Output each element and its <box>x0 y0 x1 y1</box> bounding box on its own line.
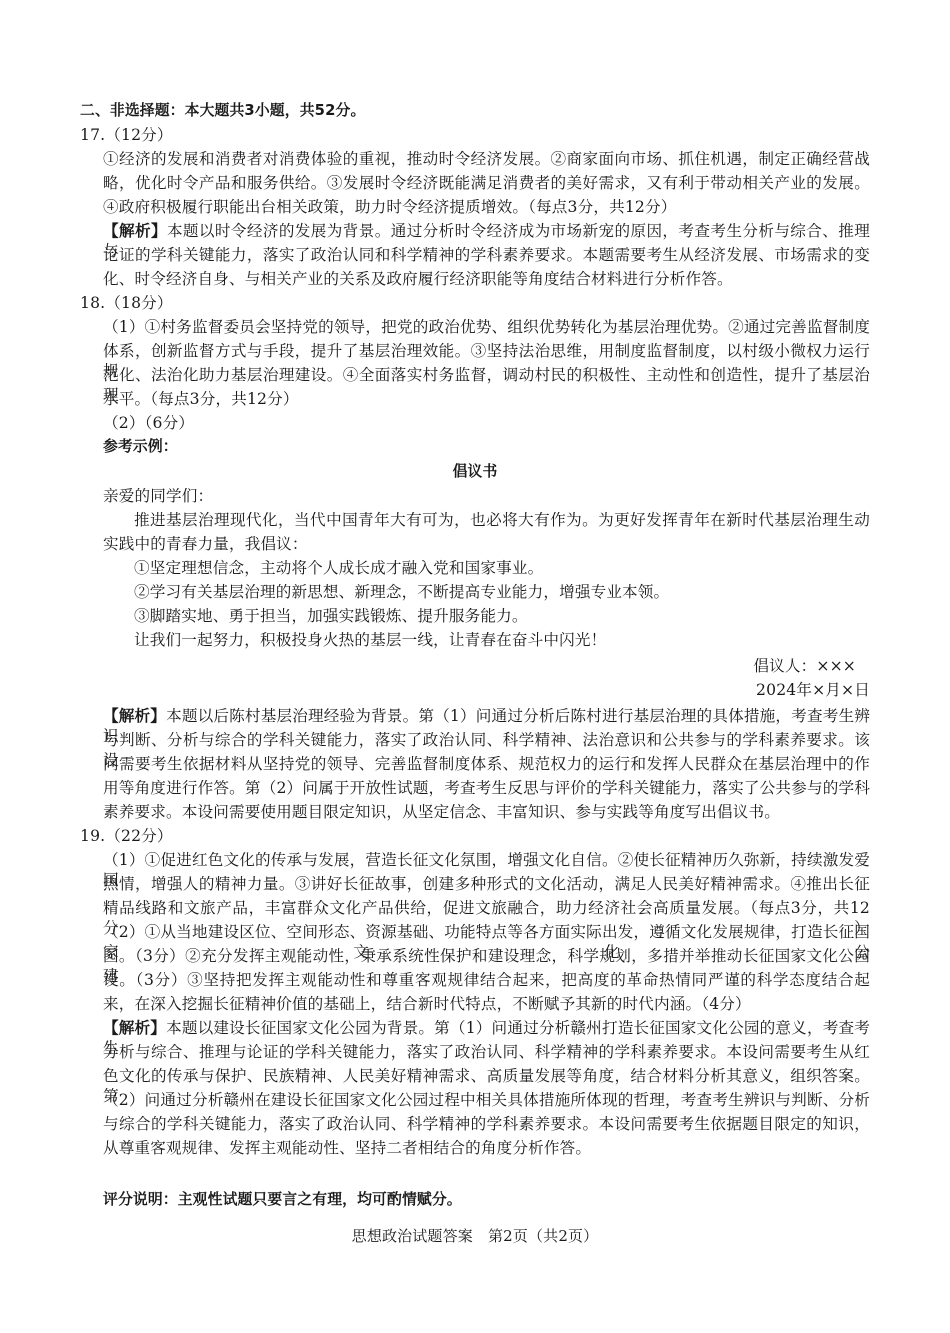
q19-analysis-line: 分析与综合、推理与论证的学科关键能力，落实了政治认同、科学精神的学科素养要求。本… <box>103 1042 870 1062</box>
q19-part2-line: 来，在深入挖掘长征精神价值的基础上，结合新时代特点，不断赋予其新的时代内涵。（4… <box>103 994 751 1014</box>
page-footer: 思想政治试题答案 第2页（共2页） <box>0 1226 950 1246</box>
analysis-label: 【解析】 <box>103 707 166 725</box>
q19-part1-line: 热情，增强人的精神力量。③讲好长征故事，创建多种形式的文化活动，满足人民美好精神… <box>103 874 870 894</box>
q18-part1-line: 水平。（每点3分，共12分） <box>103 389 299 409</box>
q18-part1-line: （1）①村务监督委员会坚持党的领导，把党的政治优势、组织优势转化为基层治理优势。… <box>103 317 870 337</box>
q19-analysis-line: 从尊重客观规律、发挥主观能动性、坚持二者相结合的角度分析作答。 <box>103 1138 591 1158</box>
q17-number: 17.（12分） <box>80 125 173 145</box>
q17-answer-line: ④政府积极履行职能出台相关政策，助力时令经济提质增效。（每点3分，共12分） <box>103 197 676 217</box>
proposal-signer: 倡议人：××× <box>500 656 856 676</box>
q19-analysis-line: （2）问通过分析赣州在建设长征国家文化公园过程中相关具体措施所体现的哲理，考查考… <box>103 1090 870 1110</box>
q17-answer-line: 略，优化时令产品和服务供给。③发展时令经济既能满足消费者的美好需求，又有利于带动… <box>103 173 870 193</box>
proposal-closing: 让我们一起努力，积极投身火热的基层一线，让青春在奋斗中闪光！ <box>134 630 606 650</box>
q19-number: 19.（22分） <box>80 826 173 846</box>
q17-analysis-line: 论证的学科关键能力，落实了政治认同和科学精神的学科素养要求。本题需要考生从经济发… <box>103 245 870 265</box>
q19-part2-line: 设。（3分）③坚持把发挥主观能动性和尊重客观规律结合起来，把高度的革命热情同严谨… <box>103 970 870 990</box>
proposal-salutation: 亲爱的同学们： <box>103 486 213 506</box>
scoring-note: 评分说明：主观性试题只要言之有理，均可酌情赋分。 <box>103 1190 462 1210</box>
proposal-item: ①坚定理想信念，主动将个人成长成才融入党和国家事业。 <box>134 558 543 578</box>
q17-answer-line: ①经济的发展和消费者对消费体验的重视，推动时令经济发展。②商家面向市场、抓住机遇… <box>103 149 870 169</box>
reference-label: 参考示例： <box>103 437 178 457</box>
document-page: 二、非选择题：本大题共3小题，共52分。 17.（12分） ①经济的发展和消费者… <box>0 0 950 1333</box>
proposal-item: ②学习有关基层治理的新思想、新理念，不断提高专业能力，增强专业本领。 <box>134 582 669 602</box>
proposal-item: ③脚踏实地、勇于担当，加强实践锻炼、提升服务能力。 <box>134 606 528 626</box>
proposal-intro-line: 实践中的青春力量，我倡议： <box>103 534 308 554</box>
proposal-date: 2024年×月×日 <box>500 680 870 700</box>
q18-analysis-line: 素养要求。本设问需要使用题目限定知识，从坚定信念、丰富知识、参与实践等角度写出倡… <box>103 802 780 822</box>
proposal-intro-line: 推进基层治理现代化，当代中国青年大有可为，也必将大有作为。为更好发挥青年在新时代… <box>134 510 870 530</box>
q18-number: 18.（18分） <box>80 293 173 313</box>
q18-analysis-line: 用等角度进行作答。第（2）问属于开放性试题，考查考生反思与评价的学科关键能力，落… <box>103 778 870 798</box>
analysis-label: 【解析】 <box>103 222 167 240</box>
q19-analysis-line: 与综合的学科关键能力，落实了政治认同、科学精神的学科素养要求。本设问需要考生依据… <box>103 1114 870 1134</box>
q18-part2-label: （2）（6分） <box>103 413 194 433</box>
proposal-title: 倡议书 <box>0 462 950 482</box>
analysis-label: 【解析】 <box>103 1019 166 1037</box>
q17-analysis-line: 化、时令经济自身、与相关产业的关系及政府履行经济职能等角度结合材料进行分析作答。 <box>103 269 733 289</box>
section-heading: 二、非选择题：本大题共3小题，共52分。 <box>80 101 365 121</box>
q18-analysis-line: 问需要考生依据材料从坚持党的领导、完善监督制度体系、规范权力的运行和发挥人民群众… <box>103 754 870 774</box>
